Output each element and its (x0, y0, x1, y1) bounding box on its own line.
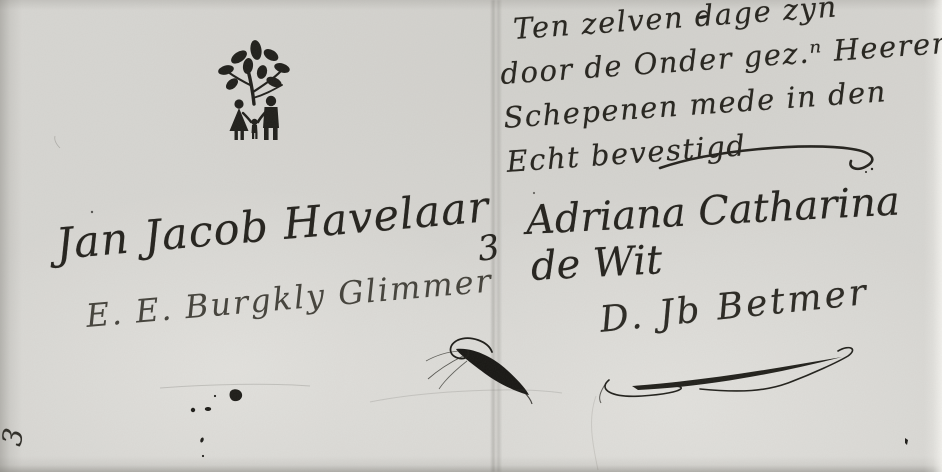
ink-blot (426, 338, 532, 404)
family-tree-stamp-icon (217, 39, 291, 140)
signature-underline-flourish (600, 348, 853, 403)
witness-signature-left: E. E. Burgkly Glimmer (84, 262, 494, 335)
bride-name-line2: de Wit (530, 237, 664, 290)
document-page: Ten zelven dage zyn door de Onder gez.ⁿ … (0, 0, 942, 472)
page-number: 3 (0, 426, 30, 448)
bride-name-line1: Adriana Catharina (525, 178, 901, 244)
groom-name: Jan Jacob Havelaar (54, 182, 491, 270)
handwritten-annotation-block: Ten zelven dage zyn door de Onder gez.ⁿ … (496, 0, 942, 184)
